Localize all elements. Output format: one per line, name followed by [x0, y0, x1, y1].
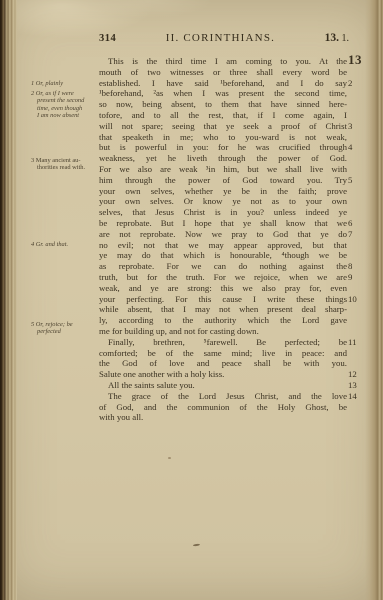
text-line: For we also are weak ³in him, but we sha… — [99, 164, 347, 175]
verse-number: 6 — [348, 218, 369, 229]
text-line-content: the God of love and peace shall be with … — [99, 358, 347, 368]
ink-speck — [193, 544, 200, 547]
text-line: me for building up, and not for casting … — [99, 326, 347, 337]
margin-note: 3 Many ancient au- thorities read with. — [31, 157, 103, 172]
text-line-content: your own selves, whether ye be in the fa… — [99, 186, 347, 196]
text-line-content: weakness, yet he liveth through the powe… — [99, 153, 347, 163]
text-line-content: so now, being absent, to them that have … — [99, 99, 347, 109]
page-header: 314 II. CORINTHIANS. 13. 1. — [99, 32, 349, 44]
margin-note: 2 Or, as if I were present the second ti… — [31, 90, 103, 120]
text-line: be reprobate. But I hope that ye shall k… — [99, 218, 347, 229]
text-line: All the saints salute you.13 — [99, 380, 347, 391]
text-line-content: him through the power of God toward you.… — [99, 175, 347, 185]
text-line: ly, according to the authority which the… — [99, 315, 347, 326]
verse-number: 2 — [348, 78, 369, 89]
text-line-content: The grace of the Lord Jesus Christ, and … — [99, 391, 347, 401]
text-line-content: All the saints salute you. — [99, 380, 195, 390]
chapter-ref-number: 13. — [325, 32, 339, 44]
text-line: Salute one another with a holy kiss.12 — [99, 369, 347, 380]
chapter-number: 13 — [348, 55, 373, 66]
text-line: that speaketh in me; who to you-ward is … — [99, 132, 347, 143]
verse-number: 10 — [348, 294, 369, 305]
text-line-content: while absent, that I may not when presen… — [99, 304, 347, 314]
book-title: II. CORINTHIANS. — [166, 32, 275, 44]
text-line: comforted; be of the same mind; live in … — [99, 348, 347, 359]
verse-number: 7 — [348, 229, 369, 240]
text-line: no evil; not that we may appear approved… — [99, 240, 347, 251]
verse-number: 14 — [348, 391, 369, 402]
text-line-content: Finally, brethren, ⁵farewell. Be perfect… — [99, 337, 347, 347]
text-line: while absent, that I may not when presen… — [99, 304, 347, 315]
text-line: with you all. — [99, 412, 347, 423]
margin-note: 1 Or, plainly — [31, 80, 103, 87]
chapter-ref-verse: 1. — [342, 33, 350, 44]
text-line: Finally, brethren, ⁵farewell. Be perfect… — [99, 337, 347, 348]
text-line: weakness, yet he liveth through the powe… — [99, 153, 347, 164]
text-line: will not spare; seeing that ye seek a pr… — [99, 121, 347, 132]
text-line: ye may do that which is honourable, ⁴tho… — [99, 250, 347, 261]
text-line: your own selves, whether ye be in the fa… — [99, 186, 347, 197]
text-line-content: ye may do that which is honourable, ⁴tho… — [99, 250, 347, 260]
verse-number: 8 — [348, 261, 369, 272]
book-spine-edge — [0, 0, 17, 600]
text-line: your perfecting. For this cause I write … — [99, 294, 347, 305]
text-line-content: selves, that Jesus Christ is in you? unl… — [99, 207, 347, 217]
ink-speck — [168, 457, 171, 459]
text-line-content: your perfecting. For this cause I write … — [99, 294, 347, 304]
text-line-content: are not reprobate. Now we pray to God th… — [99, 229, 347, 239]
text-line-content: established. I have said ¹beforehand, an… — [99, 78, 347, 88]
text-line-content: that speaketh in me; who to you-ward is … — [99, 132, 347, 142]
verse-number: 4 — [348, 142, 369, 153]
text-line-content: me for building up, and not for casting … — [99, 326, 259, 336]
text-line-content: of God, and the communion of the Holy Gh… — [99, 402, 347, 412]
verse-number: 12 — [348, 369, 369, 380]
text-line-content: no evil; not that we may appear approved… — [99, 240, 347, 250]
text-line-content: be reprobate. But I hope that ye shall k… — [99, 218, 347, 228]
text-line: selves, that Jesus Christ is in you? unl… — [99, 207, 347, 218]
text-line-content: with you all. — [99, 412, 143, 422]
text-line: The grace of the Lord Jesus Christ, and … — [99, 391, 347, 402]
text-line-content: ly, according to the authority which the… — [99, 315, 347, 325]
text-line: as reprobate. For we can do nothing agai… — [99, 261, 347, 272]
text-line: weak, and ye are strong: this we also pr… — [99, 283, 347, 294]
text-line-content: truth, but for the truth. For we rejoice… — [99, 272, 347, 282]
margin-note: 5 Or, rejoice; be perfected — [31, 321, 103, 336]
text-line: but is powerful in you: for he was cruci… — [99, 142, 347, 153]
text-line-content: comforted; be of the same mind; live in … — [99, 348, 347, 358]
text-line-content: weak, and ye are strong: this we also pr… — [99, 283, 347, 293]
text-line: ¹beforehand, ²as when I was present the … — [99, 88, 347, 99]
text-line-content: will not spare; seeing that ye seek a pr… — [99, 121, 347, 131]
chapter-verse-ref: 13. 1. — [325, 32, 349, 44]
verse-number: 11 — [348, 337, 369, 348]
verse-number: 13 — [348, 380, 369, 391]
text-line: so now, being absent, to them that have … — [99, 99, 347, 110]
page-number: 314 — [99, 33, 116, 44]
text-line: mouth of two witnesses or three shall ev… — [99, 67, 347, 78]
verse-number: 9 — [348, 272, 369, 283]
text-line-content: This is the third time I am coming to yo… — [99, 56, 347, 66]
text-line-content: ¹beforehand, ²as when I was present the … — [99, 88, 347, 98]
text-line-content: Salute one another with a holy kiss. — [99, 369, 224, 379]
scanned-page: 314 II. CORINTHIANS. 13. 1. 1 Or, plainl… — [0, 0, 383, 600]
text-line: truth, but for the truth. For we rejoice… — [99, 272, 347, 283]
text-line: your own selves. Or know ye not as to yo… — [99, 196, 347, 207]
text-line: This is the third time I am coming to yo… — [99, 56, 347, 67]
text-line: the God of love and peace shall be with … — [99, 358, 347, 369]
text-line: are not reprobate. Now we pray to God th… — [99, 229, 347, 240]
text-line-content: mouth of two witnesses or three shall ev… — [99, 67, 347, 77]
text-line: him through the power of God toward you.… — [99, 175, 347, 186]
verse-number: 3 — [348, 121, 369, 132]
text-line-content: tofore, and to all the rest, that, if I … — [99, 110, 347, 120]
body-text: This is the third time I am coming to yo… — [99, 56, 347, 423]
text-line-content: For we also are weak ³in him, but we sha… — [99, 164, 347, 174]
margin-note: 4 Gr. and that. — [31, 241, 103, 248]
verse-number: 5 — [348, 175, 369, 186]
text-line: tofore, and to all the rest, that, if I … — [99, 110, 347, 121]
text-line-content: but is powerful in you: for he was cruci… — [99, 142, 347, 152]
text-line-content: as reprobate. For we can do nothing agai… — [99, 261, 347, 271]
text-line-content: your own selves. Or know ye not as to yo… — [99, 196, 347, 206]
text-line: of God, and the communion of the Holy Gh… — [99, 402, 347, 413]
text-line: established. I have said ¹beforehand, an… — [99, 78, 347, 89]
